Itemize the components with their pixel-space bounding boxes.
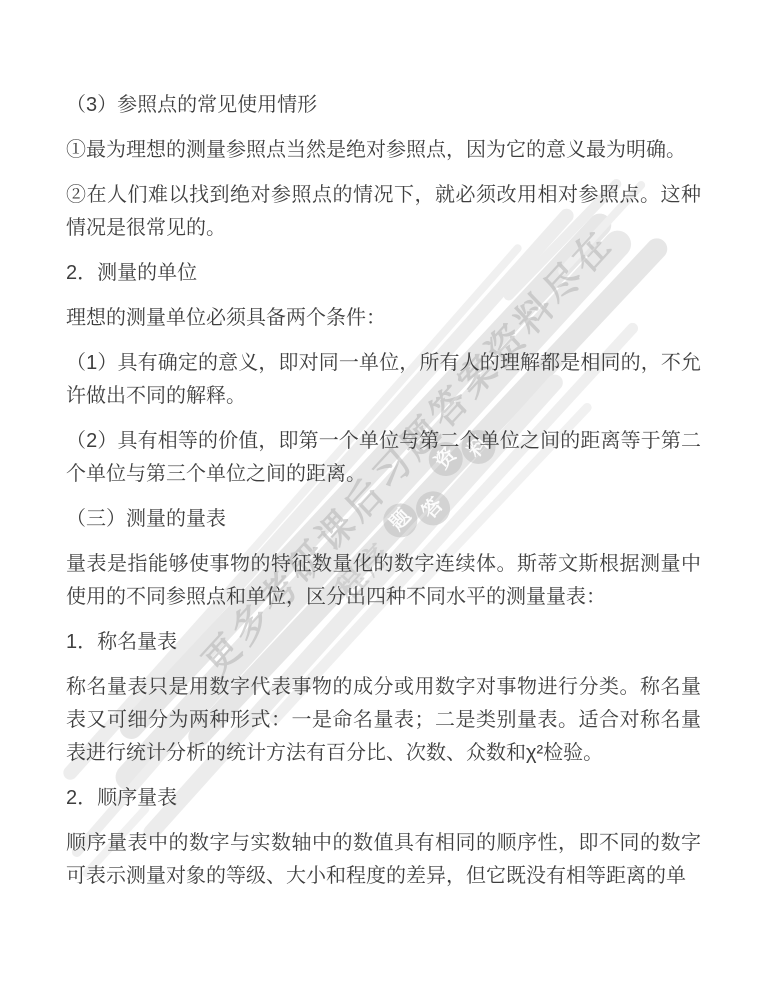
paragraph: 顺序量表中的数字与实数轴中的数值具有相同的顺序性，即不同的数字可表示测量对象的等… (66, 827, 701, 893)
paragraph: （2）具有相等的价值，即第一个单位与第二个单位之间的距离等于第二个单位与第三个单… (66, 425, 701, 491)
paragraph-heading: 2．测量的单位 (66, 257, 701, 290)
document-page: 更多考研课后习题答案资料尽在 程序 题 答 资 料 （3）参照点的常见使用情形 … (0, 0, 765, 990)
page-text-body: （3）参照点的常见使用情形 ①最为理想的测量参照点当然是绝对参照点，因为它的意义… (0, 0, 765, 893)
paragraph: 称名量表只是用数字代表事物的成分或用数字对事物进行分类。称名量表又可细分为两种形… (66, 671, 701, 770)
paragraph: 量表是指能够使事物的特征数量化的数字连续体。斯蒂文斯根据测量中使用的不同参照点和… (66, 548, 701, 614)
paragraph: （1）具有确定的意义，即对同一单位，所有人的理解都是相同的，不允许做出不同的解释… (66, 347, 701, 413)
paragraph-heading: （三）测量的量表 (66, 503, 701, 536)
paragraph-heading: （3）参照点的常见使用情形 (66, 89, 701, 122)
paragraph: ②在人们难以找到绝对参照点的情况下，就必须改用相对参照点。这种情况是很常见的。 (66, 179, 701, 245)
paragraph-heading: 1．称名量表 (66, 626, 701, 659)
paragraph: 理想的测量单位必须具备两个条件： (66, 302, 701, 335)
paragraph: ①最为理想的测量参照点当然是绝对参照点，因为它的意义最为明确。 (66, 134, 701, 167)
paragraph-heading: 2．顺序量表 (66, 782, 701, 815)
